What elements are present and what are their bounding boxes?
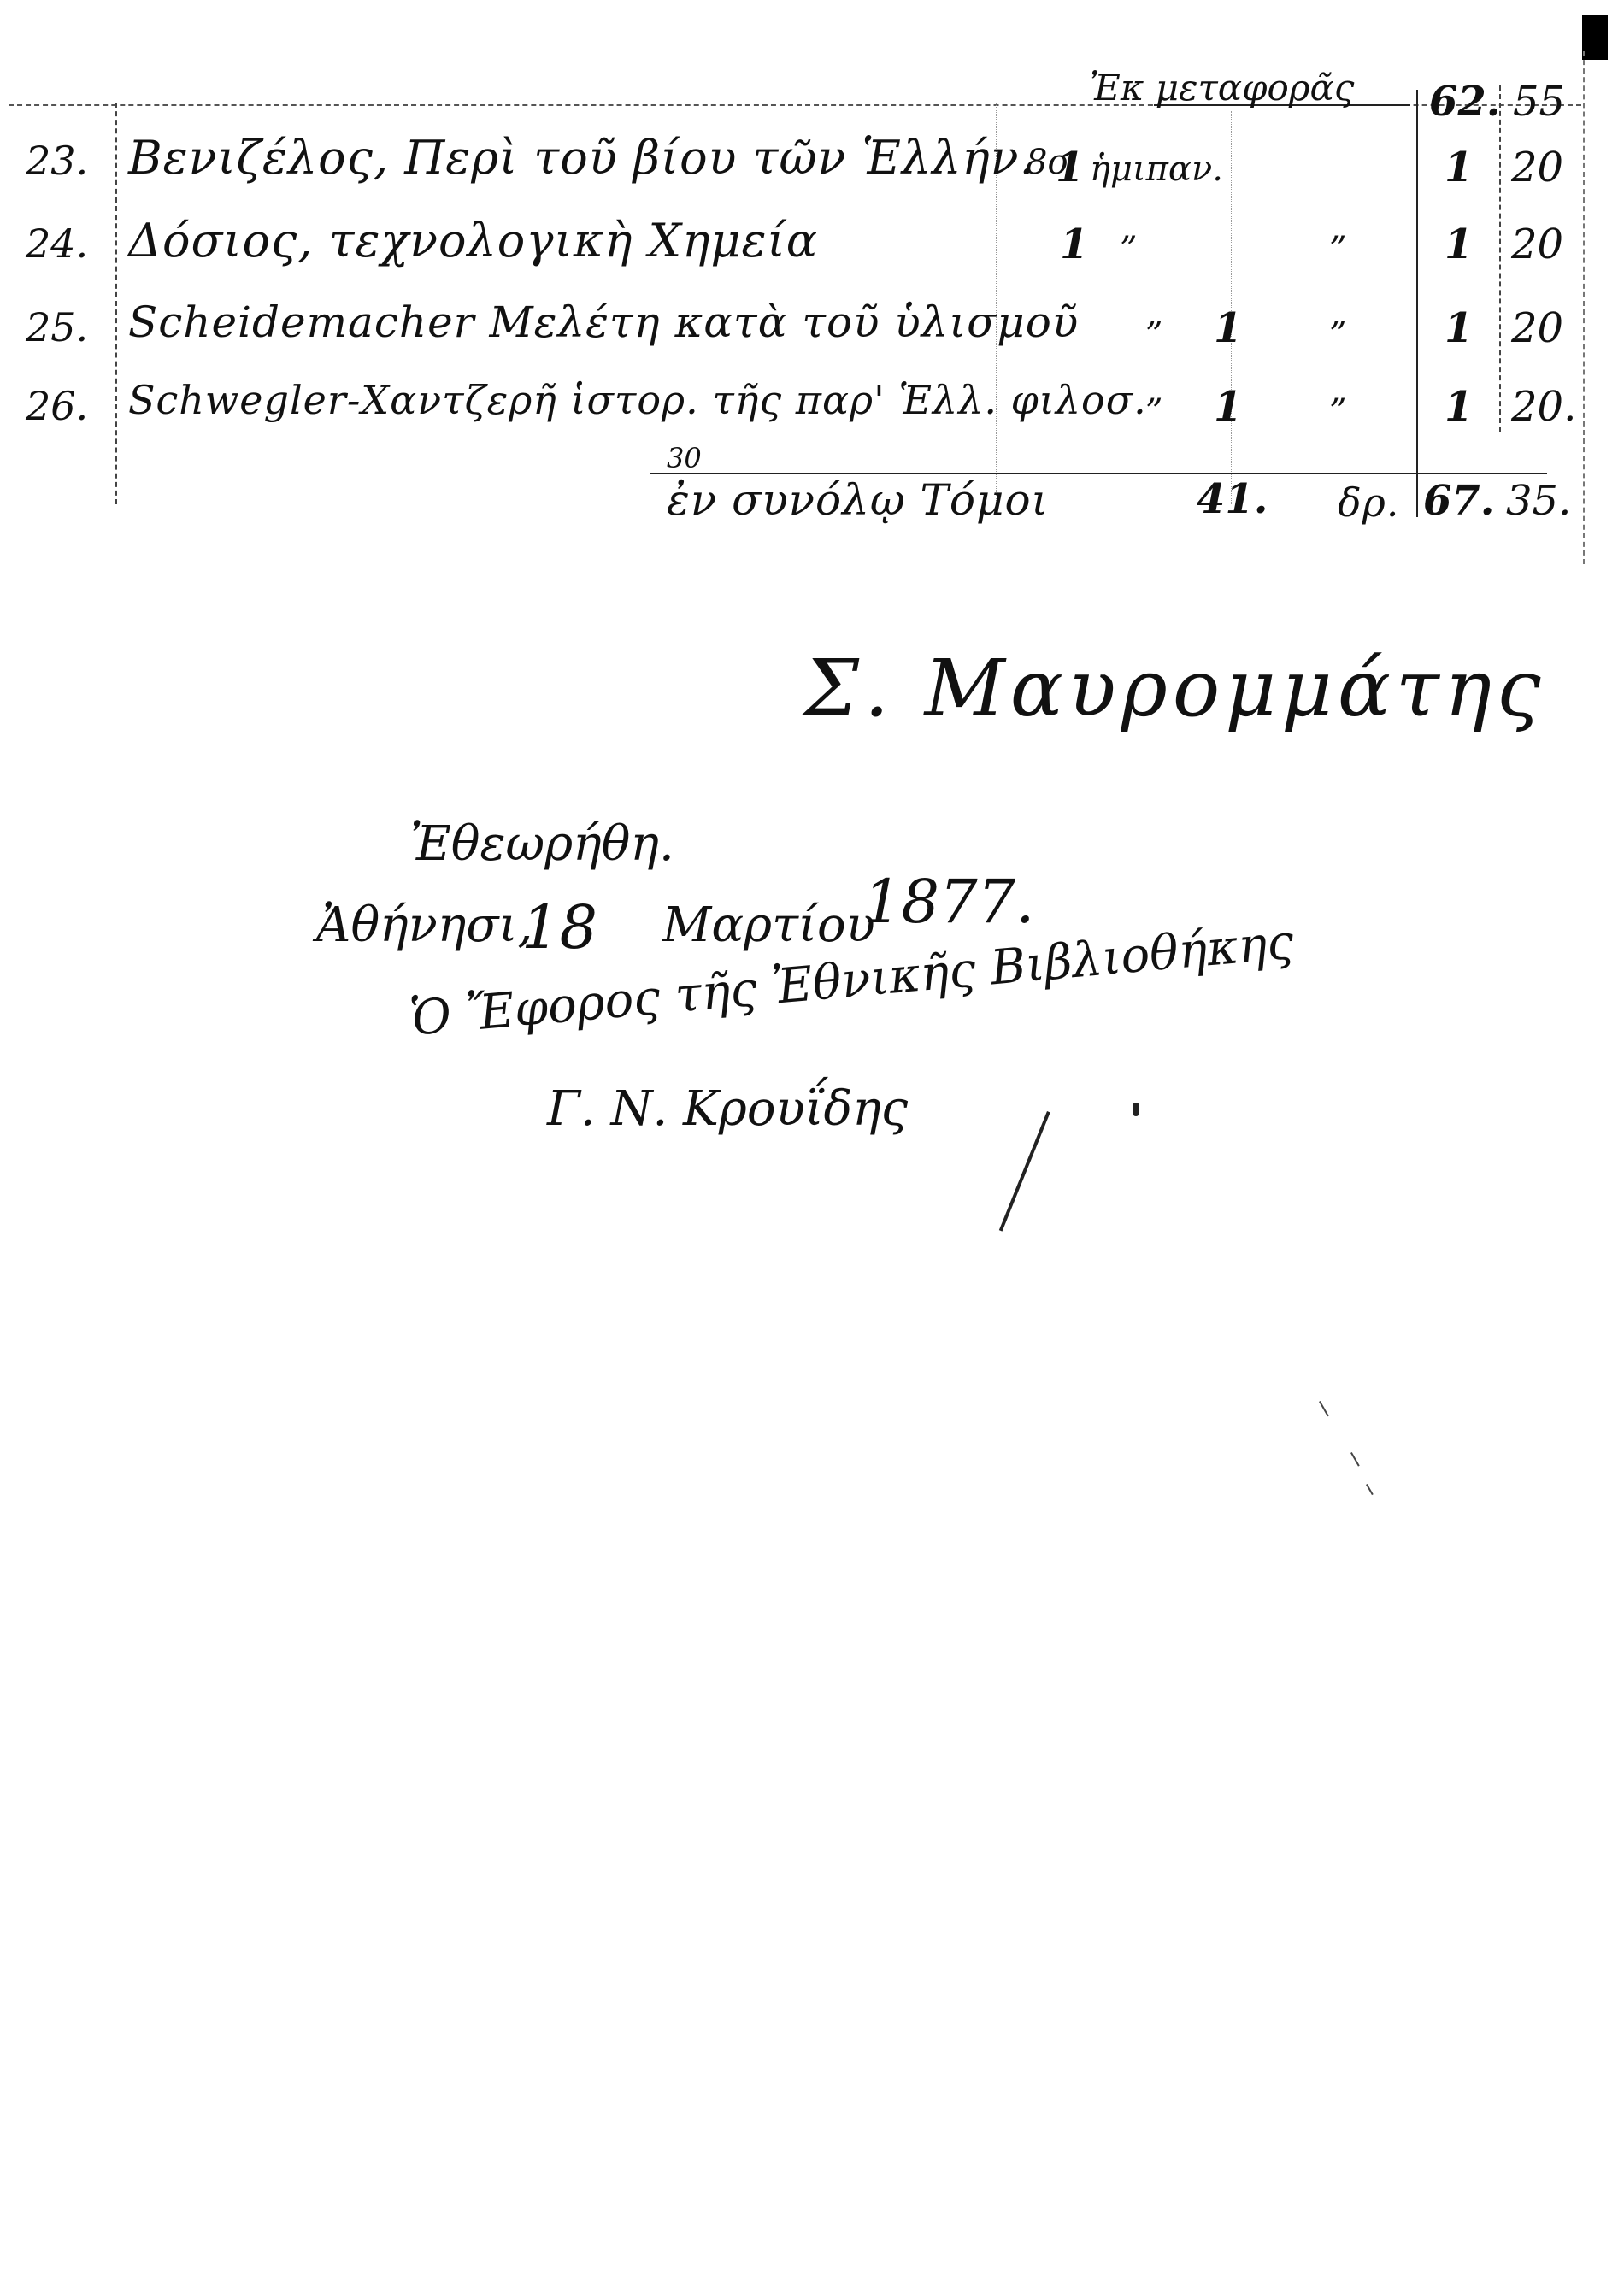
- margin-tick-mark: [1350, 1452, 1360, 1467]
- entry-drachmas: 1: [1445, 386, 1473, 427]
- attestation-year: 1877.: [863, 872, 1034, 932]
- attestation-seen-label: Ἐθεωρήθη.: [410, 821, 674, 868]
- attestation-month: Μαρτίου: [662, 902, 875, 950]
- entry-format: ”: [1145, 395, 1162, 429]
- margin-tick-mark: [1366, 1484, 1374, 1495]
- total-label: ἐν συνόλῳ Τόμοι: [667, 479, 1049, 521]
- entry-drachmas: 1: [1445, 224, 1473, 265]
- scanned-ledger-page: Ἐκ μεταφορᾶς 62. 55 23. Βενιζέλος, Περὶ …: [0, 0, 1624, 2295]
- total-rule: [650, 473, 1547, 474]
- number-column-rule: [115, 103, 117, 504]
- entry-binding: ”: [1329, 232, 1346, 267]
- entry-lepta: 20: [1511, 224, 1563, 265]
- signature-flourish: [999, 1111, 1050, 1232]
- entry-format: ”: [1145, 318, 1162, 352]
- librarian-signature: Γ. Ν. Κρουΐδης: [547, 1086, 908, 1133]
- margin-tick-mark: [1319, 1401, 1329, 1416]
- entry-number: 25.: [26, 308, 88, 347]
- total-volumes-superscript: 30: [667, 444, 702, 472]
- signature-dot: [1133, 1103, 1139, 1116]
- entry-title: Δόσιος, τεχνολογικὴ Χημεία: [128, 218, 818, 264]
- entry-lepta: 20.: [1511, 386, 1576, 427]
- entry-lepta: 20: [1511, 147, 1563, 188]
- entry-title: Schwegler-Χαντζερῆ ἱστορ. τῆς παρ' Ἑλλ. …: [128, 380, 1147, 420]
- attestation-day: 18: [521, 897, 597, 957]
- entry-number: 23.: [26, 141, 88, 180]
- entry-title: Scheidemacher Μελέτη κατὰ τοῦ ὑλισμοῦ: [128, 301, 1079, 344]
- entry-drachmas: 1: [1445, 308, 1473, 349]
- entry-format: ”: [1120, 232, 1137, 267]
- total-currency: δρ.: [1338, 483, 1399, 522]
- entry-volumes: 1: [1214, 308, 1242, 349]
- entry-number: 24.: [26, 224, 88, 263]
- entry-volumes: 1: [1056, 147, 1084, 188]
- entry-binding: ”: [1329, 395, 1346, 429]
- entry-binding: ἡμιπαν.: [1090, 152, 1223, 186]
- entry-drachmas: 1: [1445, 147, 1473, 188]
- entry-binding: ”: [1329, 318, 1346, 352]
- entry-volumes: 1: [1214, 386, 1242, 427]
- compiler-signature: Σ. Μαυρομμάτης: [803, 650, 1546, 728]
- right-margin-rule: [1583, 51, 1585, 564]
- entry-volumes: 1: [1060, 224, 1088, 265]
- carried-forward-drachmas: 62.: [1429, 81, 1501, 122]
- entry-lepta: 20: [1511, 308, 1563, 349]
- total-volumes: 41.: [1197, 479, 1268, 520]
- attestation-place: Ἀθήνησι,: [316, 902, 533, 950]
- carried-forward-lepta: 55: [1513, 81, 1565, 122]
- entry-number: 26.: [26, 386, 88, 426]
- entry-title: Βενιζέλος, Περὶ τοῦ βίου τῶν Ἑλλήν.: [128, 135, 1035, 181]
- drachmas-column-rule: [1416, 90, 1418, 517]
- carried-forward-label: Ἐκ μεταφορᾶς: [1090, 70, 1354, 106]
- total-lepta: 35.: [1506, 480, 1571, 521]
- lepta-column-rule: [1499, 85, 1501, 432]
- total-drachmas: 67.: [1423, 480, 1495, 521]
- scan-corner-mark: [1582, 15, 1608, 60]
